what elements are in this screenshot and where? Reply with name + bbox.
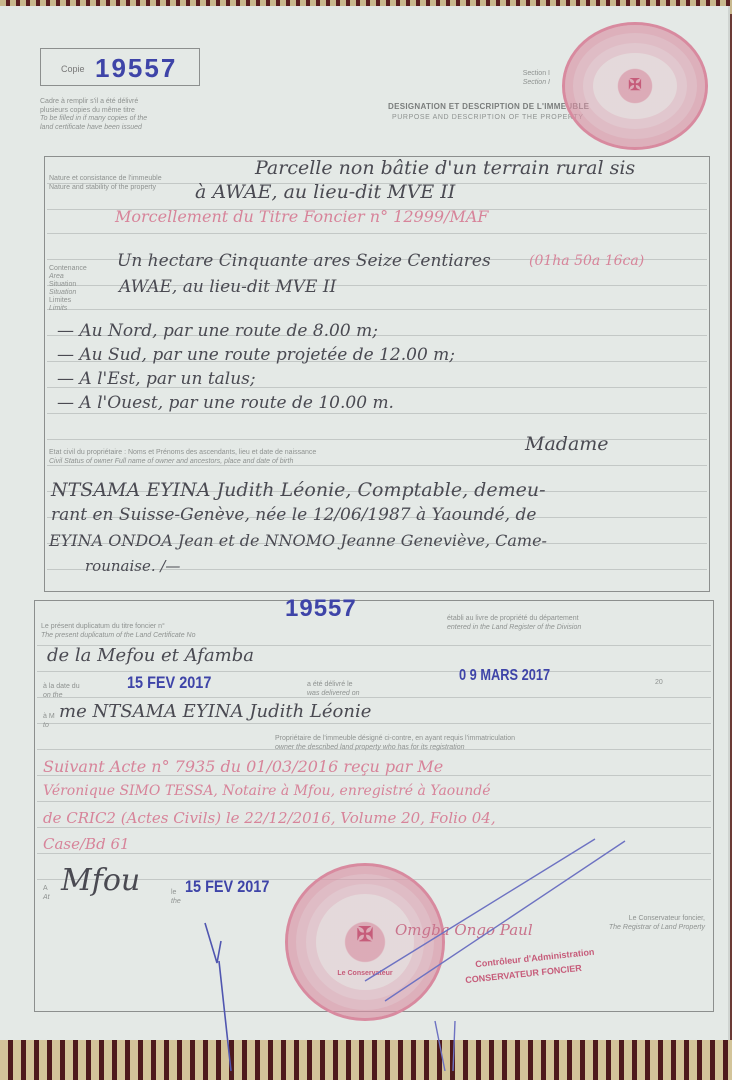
area-value: Un hectare Cinquante ares Seize Centiare… (117, 251, 491, 271)
land-certificate-page: Copie 19557 Cadre à remplir s'il a été d… (0, 6, 730, 1040)
blue-signature-strokes (35, 601, 713, 1071)
seal-emblem-icon: ✠ (565, 75, 705, 95)
owner-title: Madame (525, 433, 609, 455)
duplicate-certificate-box: Le présent duplicatum du titre foncier n… (34, 600, 714, 1012)
nature-label: Nature et consistance de l'immeuble Natu… (49, 175, 162, 192)
owner-line-3: EYINA ONDOA Jean et de NNOMO Jeanne Gene… (49, 531, 547, 550)
copy-number-box: Copie 19557 (40, 48, 200, 86)
area-situation-limits-labels: Contenance Area Situation Situation Limi… (49, 265, 87, 313)
limit-north: — Au Nord, par une route de 8.00 m; (57, 321, 378, 341)
situation-value: AWAE, au lieu-dit MVE II (119, 277, 336, 297)
copy-label: Copie (61, 65, 85, 74)
copy-number: 19557 (95, 53, 177, 84)
nature-value-line1: Parcelle non bâtie d'un terrain rural si… (255, 157, 635, 179)
area-value-numeric: (01ha 50a 16ca) (529, 253, 644, 269)
owner-line-4: rounaise. /— (85, 557, 180, 575)
owner-line-2: rant en Suisse-Genève, née le 12/06/1987… (51, 505, 536, 525)
owner-line-1: NTSAMA EYINA Judith Léonie, Comptable, d… (51, 479, 546, 501)
parent-title-reference: Morcellement du Titre Foncier n° 12999/M… (115, 207, 488, 226)
official-seal-top: ✠ (562, 22, 708, 150)
limit-west: — A l'Ouest, par une route de 10.00 m. (57, 393, 394, 413)
copy-note: Cadre à remplir s'il a été délivré plusi… (40, 98, 210, 132)
nature-value-line2: à AWAE, au lieu-dit MVE II (195, 181, 455, 203)
section-label: Section I Section I (470, 70, 550, 87)
property-description-box: Nature et consistance de l'immeuble Natu… (44, 156, 710, 592)
section-heading-en: PURPOSE AND DESCRIPTION OF THE PROPERTY (392, 114, 584, 123)
owner-status-label: Etat civil du propriétaire : Noms et Pré… (49, 449, 519, 466)
limit-east: — A l'Est, par un talus; (57, 369, 256, 389)
limit-south: — Au Sud, par une route projetée de 12.0… (57, 345, 455, 365)
section-heading: DESIGNATION ET DESCRIPTION DE L'IMMEUBLE (388, 102, 589, 111)
